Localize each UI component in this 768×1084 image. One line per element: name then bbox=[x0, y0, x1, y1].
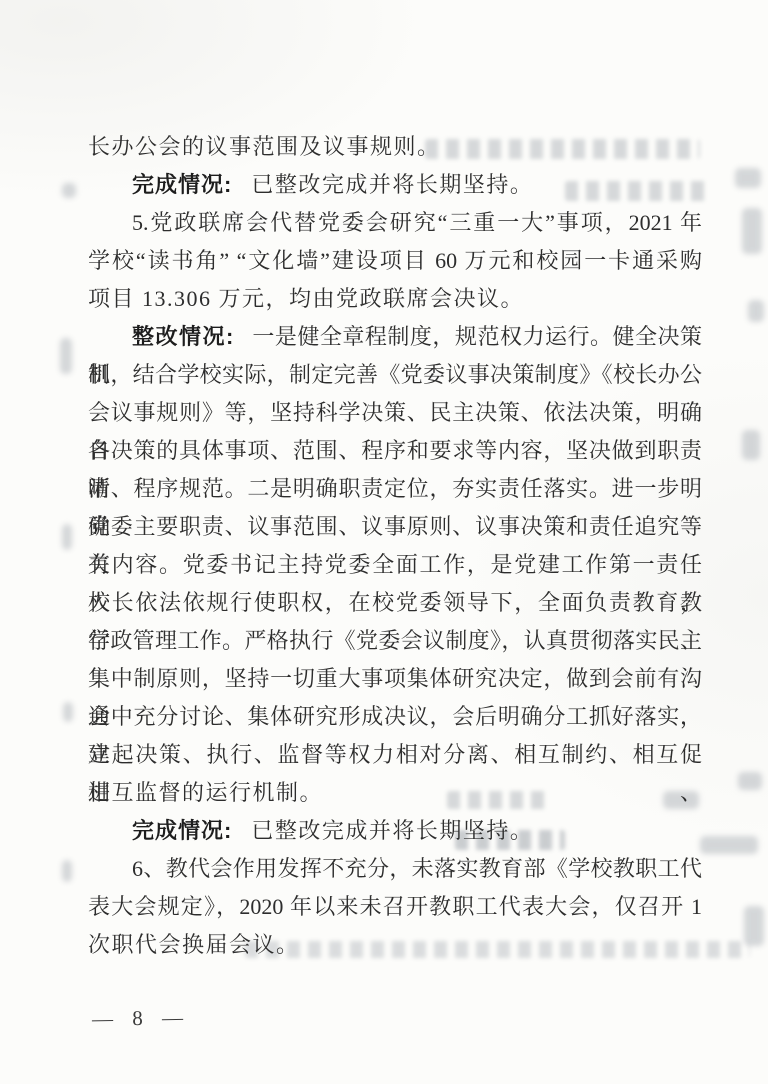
text-line: 项目 13.306 万元，均由党政联席会决议。 bbox=[88, 280, 702, 318]
bleedthrough-smudge bbox=[748, 300, 764, 322]
text-line: 长办公会的议事范围及议事规则。 bbox=[88, 128, 702, 166]
text-line: 会议事规则》等，坚持科学决策、民主决策、依法决策，明确各 bbox=[88, 394, 702, 432]
text-line: 6、教代会作用发挥不充分，未落实教育部《学校教职工代 bbox=[88, 850, 702, 888]
line-text: 6、教代会作用发挥不充分，未落实教育部《学校教职工代 bbox=[132, 856, 702, 881]
bleedthrough-smudge bbox=[742, 208, 762, 254]
line-text: 长办公会的议事范围及议事规则。 bbox=[88, 134, 441, 159]
scan-mark bbox=[60, 338, 72, 374]
text-line: 5.党政联席会代替党委会研究“三重一大”事项，2021 年 bbox=[88, 204, 702, 242]
bleedthrough-smudge bbox=[735, 168, 761, 188]
scan-mark bbox=[62, 524, 72, 550]
bold-label: 整改情况: bbox=[132, 324, 234, 349]
bold-label: 完成情况: bbox=[132, 172, 232, 197]
text-line: 自决策的具体事项、范围、程序和要求等内容，坚决做到职责清 bbox=[88, 432, 702, 470]
page-footer: — 8 — bbox=[92, 1005, 183, 1032]
scan-mark bbox=[62, 860, 72, 882]
bleedthrough-smudge bbox=[744, 906, 764, 946]
footer-dash-right: — bbox=[162, 1005, 183, 1030]
line-text: 表大会规定》，2020 年以来未召开教职工代表大会，仅召开 1 bbox=[88, 894, 702, 919]
line-text: 制，结合学校实际，制定完善《党委议事决策制度》《校长办公 bbox=[88, 362, 702, 387]
page-number: 8 bbox=[132, 1006, 143, 1031]
scan-mark bbox=[63, 702, 73, 722]
text-line: 会中充分讨论、集体研究形成决议，会后明确分工抓好落实，建 bbox=[88, 698, 702, 736]
text-line: 校长依法依规行使职权，在校党委领导下，全面负责教育教学、 bbox=[88, 584, 702, 622]
text-line: 立起决策、执行、监督等权力相对分离、相互制约、相互促进、 bbox=[88, 736, 702, 774]
line-text: 已整改完成并将长期坚持。 bbox=[251, 818, 533, 843]
document-body: 长办公会的议事范围及议事规则。 完成情况: 已整改完成并将长期坚持。 5.党政联… bbox=[88, 128, 702, 964]
bleedthrough-smudge bbox=[700, 836, 758, 854]
line-text: 5.党政联席会代替党委会研究“三重一大”事项，2021 年 bbox=[132, 210, 702, 235]
text-line: 次职代会换届会议。 bbox=[88, 926, 702, 964]
text-line: 学校“读书角” “文化墙”建设项目 60 万元和校园一卡通采购 bbox=[88, 242, 702, 280]
text-line: 表大会规定》，2020 年以来未召开教职工代表大会，仅召开 1 bbox=[88, 888, 702, 926]
text-line: 党委主要职责、议事范围、议事原则、议事决策和责任追究等有 bbox=[88, 508, 702, 546]
line-text: 已整改完成并将长期坚持。 bbox=[251, 172, 533, 197]
line-text: 学校“读书角” “文化墙”建设项目 60 万元和校园一卡通采购 bbox=[88, 248, 702, 273]
text-line: 晰、程序规范。二是明确职责定位，夯实责任落实。进一步明确 bbox=[88, 470, 702, 508]
text-line: 关内容。党委书记主持党委全面工作，是党建工作第一责任人， bbox=[88, 546, 702, 584]
line-text: 相互监督的运行机制。 bbox=[88, 780, 323, 805]
footer-dash-left: — bbox=[92, 1006, 113, 1031]
bleedthrough-smudge bbox=[738, 772, 762, 790]
text-line: 集中制原则，坚持一切重大事项集体研究决定，做到会前有沟通， bbox=[88, 660, 702, 698]
scan-mark bbox=[62, 183, 76, 198]
bleedthrough-smudge bbox=[742, 430, 760, 460]
scanned-document-page: 长办公会的议事范围及议事规则。 完成情况: 已整改完成并将长期坚持。 5.党政联… bbox=[0, 0, 768, 1084]
text-line: 整改情况: 一是健全章程制度，规范权力运行。健全决策机 bbox=[88, 318, 702, 356]
line-text: 次职代会换届会议。 bbox=[88, 932, 300, 957]
text-line: 完成情况: 已整改完成并将长期坚持。 bbox=[88, 812, 702, 850]
text-line: 行政管理工作。严格执行《党委会议制度》，认真贯彻落实民主 bbox=[88, 622, 702, 660]
text-line: 制，结合学校实际，制定完善《党委议事决策制度》《校长办公 bbox=[88, 356, 702, 394]
line-text: 行政管理工作。严格执行《党委会议制度》，认真贯彻落实民主 bbox=[88, 628, 702, 653]
line-text: 项目 13.306 万元，均由党政联席会决议。 bbox=[88, 286, 524, 311]
text-line: 完成情况: 已整改完成并将长期坚持。 bbox=[88, 166, 702, 204]
bold-label: 完成情况: bbox=[132, 818, 232, 843]
